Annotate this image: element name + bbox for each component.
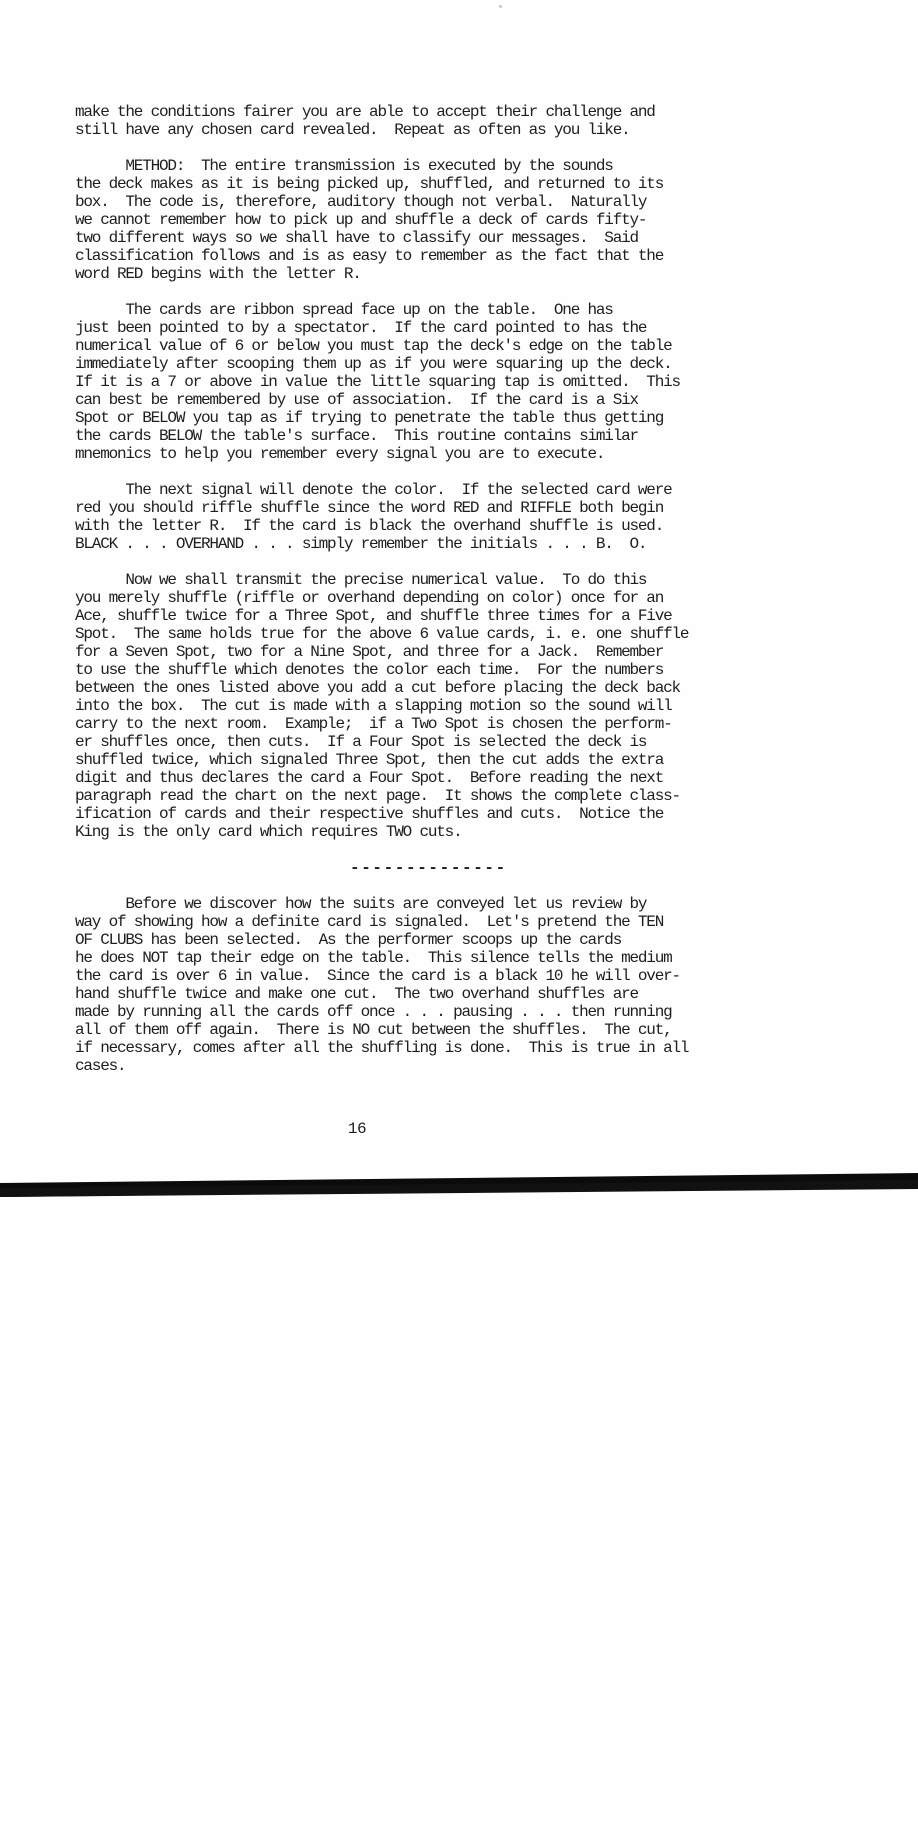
text-line: Now we shall transmit the precise numeri… xyxy=(75,571,725,589)
text-line: King is the only card which requires TWO… xyxy=(75,823,725,841)
text-line: the deck makes as it is being picked up,… xyxy=(75,175,725,193)
text-line: Spot. The same holds true for the above … xyxy=(75,625,725,643)
text-line: hand shuffle twice and make one cut. The… xyxy=(75,985,725,1003)
text-line: digit and thus declares the card a Four … xyxy=(75,769,725,787)
paragraph: The cards are ribbon spread face up on t… xyxy=(75,301,725,463)
text-line: you merely shuffle (riffle or overhand d… xyxy=(75,589,725,607)
text-line: Before we discover how the suits are con… xyxy=(75,895,725,913)
text-line: METHOD: The entire transmission is execu… xyxy=(75,157,725,175)
text-line: the cards BELOW the table's surface. Thi… xyxy=(75,427,725,445)
text-line: Ace, shuffle twice for a Three Spot, and… xyxy=(75,607,725,625)
text-line: Spot or BELOW you tap as if trying to pe… xyxy=(75,409,725,427)
text-line: immediately after scooping them up as if… xyxy=(75,355,725,373)
paragraph: Before we discover how the suits are con… xyxy=(75,895,725,1075)
scanned-document-page: make the conditions fairer you are able … xyxy=(0,0,918,1836)
text-line: box. The code is, therefore, auditory th… xyxy=(75,193,725,211)
text-line: The next signal will denote the color. I… xyxy=(75,481,725,499)
text-line: the card is over 6 in value. Since the c… xyxy=(75,967,725,985)
text-line: with the letter R. If the card is black … xyxy=(75,517,725,535)
text-line: for a Seven Spot, two for a Nine Spot, a… xyxy=(75,643,725,661)
scan-speck xyxy=(499,5,502,8)
section-separator: -------------- xyxy=(75,859,725,877)
document-text-block: make the conditions fairer you are able … xyxy=(75,103,725,1093)
text-line: two different ways so we shall have to c… xyxy=(75,229,725,247)
text-line: classification follows and is as easy to… xyxy=(75,247,725,265)
paragraph: Now we shall transmit the precise numeri… xyxy=(75,571,725,841)
text-line: way of showing how a definite card is si… xyxy=(75,913,725,931)
text-line: still have any chosen card revealed. Rep… xyxy=(75,121,725,139)
page-number: 16 xyxy=(335,1120,379,1138)
text-line: if necessary, comes after all the shuffl… xyxy=(75,1039,725,1057)
text-line: ification of cards and their respective … xyxy=(75,805,725,823)
text-line: BLACK . . . OVERHAND . . . simply rememb… xyxy=(75,535,725,553)
text-line: carry to the next room. Example; if a Tw… xyxy=(75,715,725,733)
text-line: The cards are ribbon spread face up on t… xyxy=(75,301,725,319)
text-line: OF CLUBS has been selected. As the perfo… xyxy=(75,931,725,949)
text-line: all of them off again. There is NO cut b… xyxy=(75,1021,725,1039)
text-line: er shuffles once, then cuts. If a Four S… xyxy=(75,733,725,751)
text-line: red you should riffle shuffle since the … xyxy=(75,499,725,517)
paragraph: make the conditions fairer you are able … xyxy=(75,103,725,139)
text-line: numerical value of 6 or below you must t… xyxy=(75,337,725,355)
paragraph: METHOD: The entire transmission is execu… xyxy=(75,157,725,283)
text-line: he does NOT tap their edge on the table.… xyxy=(75,949,725,967)
paragraph: The next signal will denote the color. I… xyxy=(75,481,725,553)
text-line: into the box. The cut is made with a sla… xyxy=(75,697,725,715)
text-line: cases. xyxy=(75,1057,725,1075)
text-line: between the ones listed above you add a … xyxy=(75,679,725,697)
text-line: shuffled twice, which signaled Three Spo… xyxy=(75,751,725,769)
text-line: made by running all the cards off once .… xyxy=(75,1003,725,1021)
text-line: can best be remembered by use of associa… xyxy=(75,391,725,409)
text-line: mnemonics to help you remember every sig… xyxy=(75,445,725,463)
text-line: just been pointed to by a spectator. If … xyxy=(75,319,725,337)
text-line: make the conditions fairer you are able … xyxy=(75,103,725,121)
text-line: to use the shuffle which denotes the col… xyxy=(75,661,725,679)
text-line: If it is a 7 or above in value the littl… xyxy=(75,373,725,391)
text-line: word RED begins with the letter R. xyxy=(75,265,725,283)
text-line: we cannot remember how to pick up and sh… xyxy=(75,211,725,229)
text-line: paragraph read the chart on the next pag… xyxy=(75,787,725,805)
